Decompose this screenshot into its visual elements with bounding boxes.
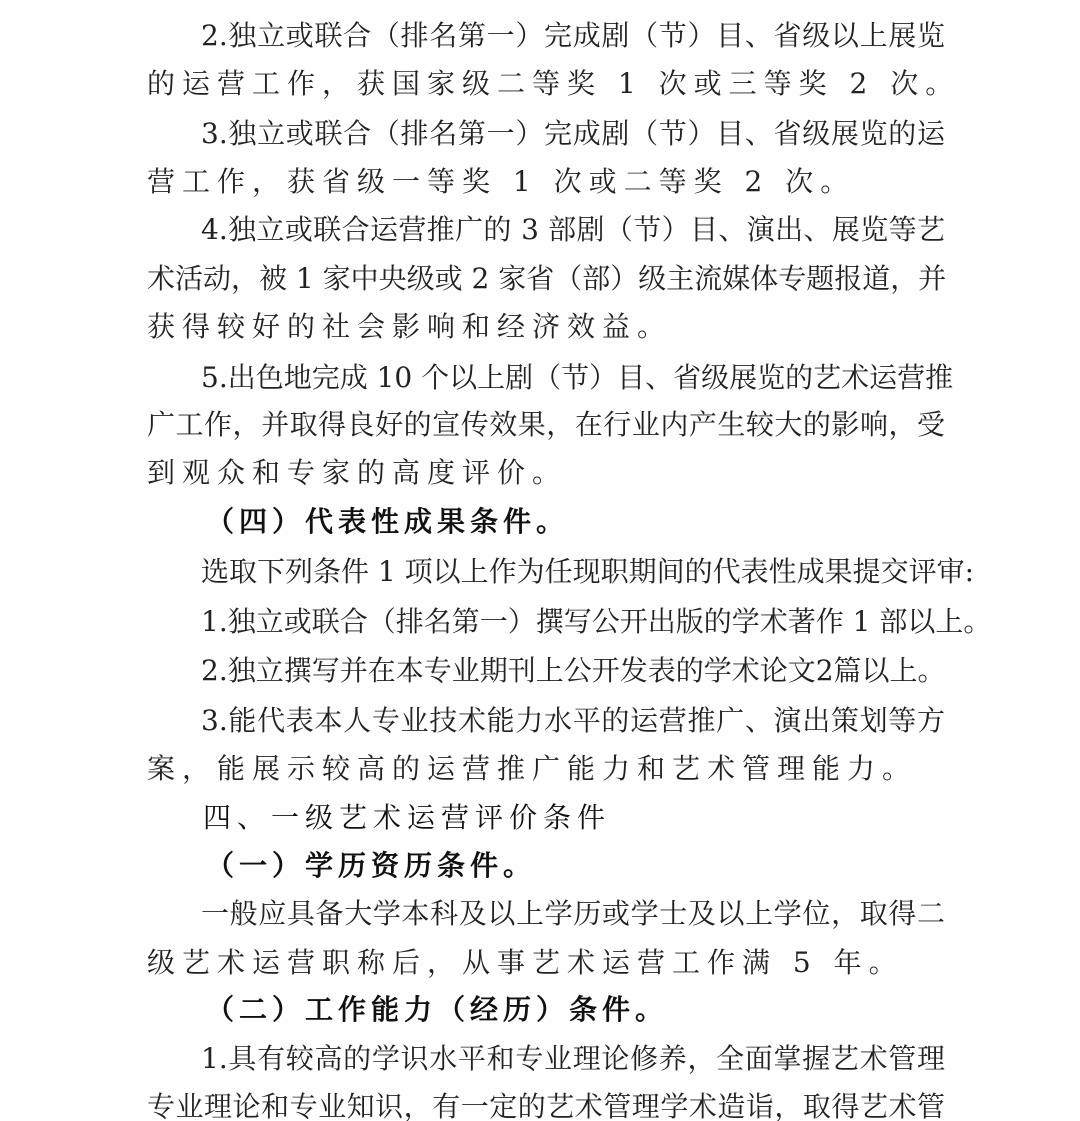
paragraph-line-item-2: 2.独立撰写并在本专业期刊上公开发表的学术论文2篇以上。 [201, 651, 945, 691]
paragraph-line: 级艺术运营职称后，从事艺术运营工作满 5 年。 [147, 943, 945, 983]
section-heading-education: （一）学历资历条件。 [206, 846, 1004, 886]
paragraph-line-item-1: 1.具有较高的学识水平和专业理论修养，全面掌握艺术管理 [201, 1039, 945, 1079]
paragraph-line: 营工作，获省级一等奖 1 次或二等奖 2 次。 [147, 162, 945, 202]
section-heading-work-ability: （二）工作能力（经历）条件。 [206, 990, 1004, 1030]
paragraph-line: 术活动，被 1 家中央级或 2 家省（部）级主流媒体专题报道，并 [147, 259, 945, 299]
paragraph-line-education: 一般应具备大学本科及以上学历或学士及以上学位，取得二 [201, 894, 945, 934]
paragraph-line: 广工作，并取得良好的宣传效果，在行业内产生较大的影响，受 [147, 405, 945, 445]
paragraph-line: 案，能展示较高的运营推广能力和艺术管理能力。 [147, 749, 945, 789]
chapter-heading-level-one: 四、一级艺术运营评价条件 [203, 798, 1001, 838]
paragraph-line: 的运营工作，获国家级二等奖 1 次或三等奖 2 次。 [147, 64, 945, 104]
paragraph-line-item-3: 3.独立或联合（排名第一）完成剧（节）目、省级展览的运 [201, 114, 945, 154]
paragraph-line: 专业理论和专业知识，有一定的艺术管理学术造诣，取得艺术管 [147, 1087, 945, 1121]
paragraph-line-item-4: 4.独立或联合运营推广的 3 部剧（节）目、演出、展览等艺 [201, 210, 945, 250]
paragraph-line: 到观众和专家的高度评价。 [147, 453, 945, 493]
paragraph-line: 获得较好的社会影响和经济效益。 [147, 307, 945, 347]
paragraph-line-item-1: 1.独立或联合（排名第一）撰写公开出版的学术著作 1 部以上。 [201, 602, 945, 642]
paragraph-line-item-5: 5.出色地完成 10 个以上剧（节）目、省级展览的艺术运营推 [201, 358, 945, 398]
paragraph-line-item-3: 3.能代表本人专业技术能力水平的运营推广、演出策划等方 [201, 701, 945, 741]
paragraph-line-intro: 选取下列条件 1 项以上作为任现职期间的代表性成果提交评审: [201, 552, 945, 592]
paragraph-line-item-2: 2.独立或联合（排名第一）完成剧（节）目、省级以上展览 [201, 16, 945, 56]
section-heading-representative-results: （四）代表性成果条件。 [206, 502, 1004, 542]
document-page: 2.独立或联合（排名第一）完成剧（节）目、省级以上展览 的运营工作，获国家级二等… [0, 0, 1080, 1121]
